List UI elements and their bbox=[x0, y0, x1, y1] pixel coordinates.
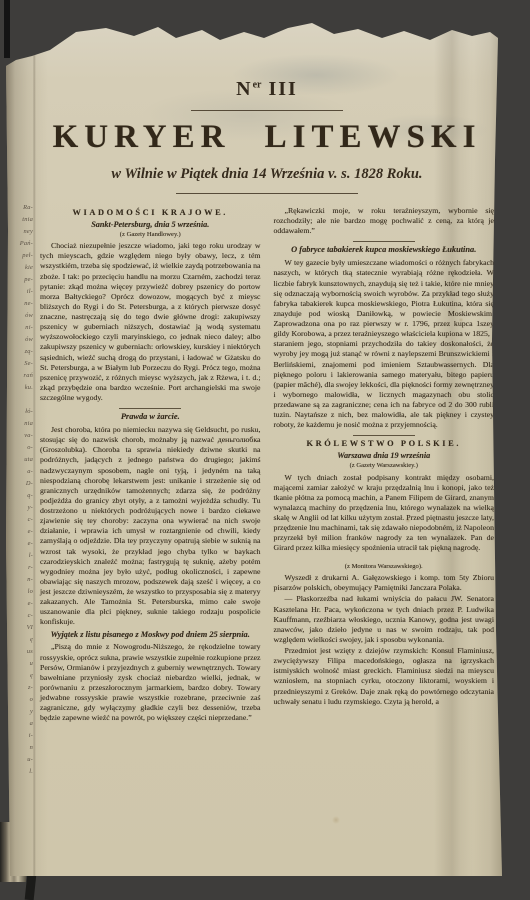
two-column-body: WIADOMOŚCI KRAJOWE. Sankt-Petersburg, dn… bbox=[40, 206, 494, 724]
section-title-fabryka-tabakierek: O fabryce tabakierek kupca moskiewskiego… bbox=[282, 245, 487, 256]
article-list-z-moskwy-body: „Piszą do mnie z Nowogrodu-Niższego, że … bbox=[40, 642, 261, 723]
section-title-krolestwo-polskie: KRÓLEWSTWO POLSKIE. bbox=[274, 439, 495, 450]
header-divider-top bbox=[191, 110, 343, 111]
section-divider bbox=[119, 408, 181, 409]
issue-prefix: N bbox=[236, 78, 252, 100]
binding-mark-bottom bbox=[25, 874, 37, 900]
newspaper-page: Ra- tnia ney Pań- peł- kie pe- il- ne- ó… bbox=[6, 20, 502, 876]
section-divider bbox=[353, 241, 415, 242]
dateline: w Wilnie w Piątek dnia 14 Września v. s.… bbox=[40, 166, 494, 183]
article-girard-body: W tych dniach został podpisany kontrakt … bbox=[274, 473, 495, 554]
left-column: WIADOMOŚCI KRAJOWE. Sankt-Petersburg, dn… bbox=[40, 206, 261, 724]
section-source-gazeta-handlowa: (z Gazety Handlowey.) bbox=[40, 231, 261, 240]
issue-number: Ner III bbox=[40, 78, 494, 101]
page-content: Ner III KURYER LITEWSKI w Wilnie w Piąte… bbox=[40, 20, 494, 724]
section-source-monitor-warszawski: (z Monitora Warszawskiego). bbox=[274, 563, 495, 572]
article-flaminiusz-body: Przedmiot jest wzięty z dziejów rzymskic… bbox=[274, 646, 495, 707]
article-drukarnia-body: Wyszedł z drukarni A. Gałęzowskiego i ko… bbox=[274, 573, 495, 593]
right-column: „Rękawiczki moje, w roku teraźnieyszym, … bbox=[274, 206, 495, 724]
article-prawda-body: Jest choroba, która po niemiecku nazywa … bbox=[40, 425, 261, 628]
section-title-wiadomosci-krajowe: WIADOMOŚCI KRAJOWE. bbox=[40, 208, 261, 219]
adjacent-page-text-fragments: Ra- tnia ney Pań- peł- kie pe- il- ne- ó… bbox=[7, 202, 33, 778]
section-divider bbox=[353, 435, 415, 436]
spacer bbox=[274, 555, 495, 563]
section-source-gazeta-warszawska: (z Gazety Warszawskiey.) bbox=[274, 462, 495, 471]
article-plaskorzezba-body: — Płaskorzeźba nad łukami wniyścia do pa… bbox=[274, 594, 495, 645]
binding-mark-top bbox=[4, 0, 10, 58]
article-petersburg-body: Chociaż niezupełnie jeszcze wiadomo, jak… bbox=[40, 241, 261, 403]
masthead-title: KURYER LITEWSKI bbox=[40, 119, 494, 156]
section-title-wyjatek-z-listu: Wyjątek z listu pisanego z Moskwy pod dn… bbox=[48, 630, 253, 641]
archive-scan-background: Ra- tnia ney Pań- peł- kie pe- il- ne- ó… bbox=[0, 0, 530, 900]
article-tabakierki-body: W tey gazecie były umieszczane wiadomośc… bbox=[274, 258, 495, 430]
issue-numeral: III bbox=[268, 78, 297, 100]
section-subtitle-petersburg: Sankt-Petersburg, dnia 5 września. bbox=[40, 220, 261, 231]
issue-ordinal-sup: er bbox=[253, 79, 262, 90]
quote-continuation: „Rękawiczki moje, w roku teraźnieyszym, … bbox=[274, 206, 495, 236]
section-subtitle-warszawa: Warszawa dnia 19 września bbox=[274, 451, 495, 462]
header-divider-bottom bbox=[176, 193, 358, 194]
section-title-prawda-w-zarcie: Prawda w żarcie. bbox=[48, 412, 253, 423]
